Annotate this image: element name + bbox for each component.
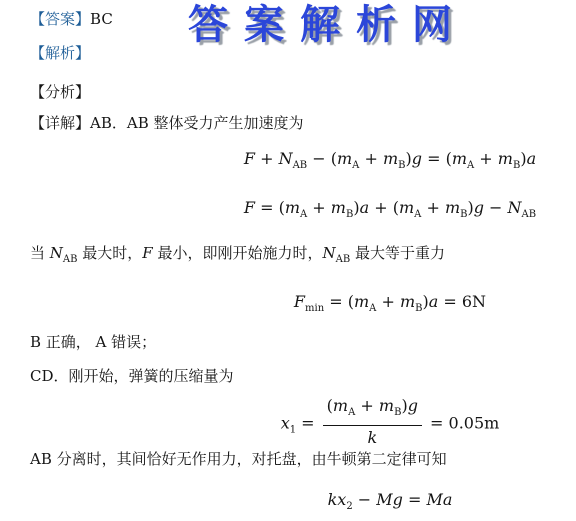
formula-newton-whole: F + NAB − (mA + mB)g = (mA + mB)a [204,148,576,177]
ab-separation-line: AB 分离时，其间恰好无作用力，对托盘，由牛顿第二定律可知 [30,449,447,469]
formula-force-expression: F = (mA + mB)a + (mA + mB)g − NAB [204,197,576,226]
formula-tray-newton: kx2 − Mg = Ma [204,489,576,518]
formula-f-min: Fmin = (mA + mB)a = 6N [204,291,576,320]
formula-spring-compression: x1 = (mA + mB)gk = 0.05m [204,397,576,451]
jiexi-label: 【解析】 [30,44,90,62]
b-correct-line: B 正确， A 错误； [30,332,156,352]
solution-document: 答案解析网 【答案】BC 【解析】 【分析】 【详解】AB．AB 整体受力产生加… [0,0,576,521]
fenxi-label: 【分析】 [30,83,90,101]
answer-label: 【答案】 [30,10,90,28]
jiexi-line: 【解析】 [30,43,90,63]
detail-text: AB．AB 整体受力产生加速度为 [90,114,303,132]
detail-line: 【详解】AB．AB 整体受力产生加速度为 [30,113,304,133]
fenxi-line: 【分析】 [30,82,90,102]
nab-condition-line: 当 NAB 最大时，F 最小，即刚开始施力时，NAB 最大等于重力 [30,243,445,270]
answer-value: BC [90,10,113,28]
cd-start-line: CD．刚开始，弹簧的压缩量为 [30,366,234,386]
watermark-text: 答案解析网 [188,2,468,48]
detail-label: 【详解】 [30,114,90,132]
answer-line: 【答案】BC [30,9,113,29]
